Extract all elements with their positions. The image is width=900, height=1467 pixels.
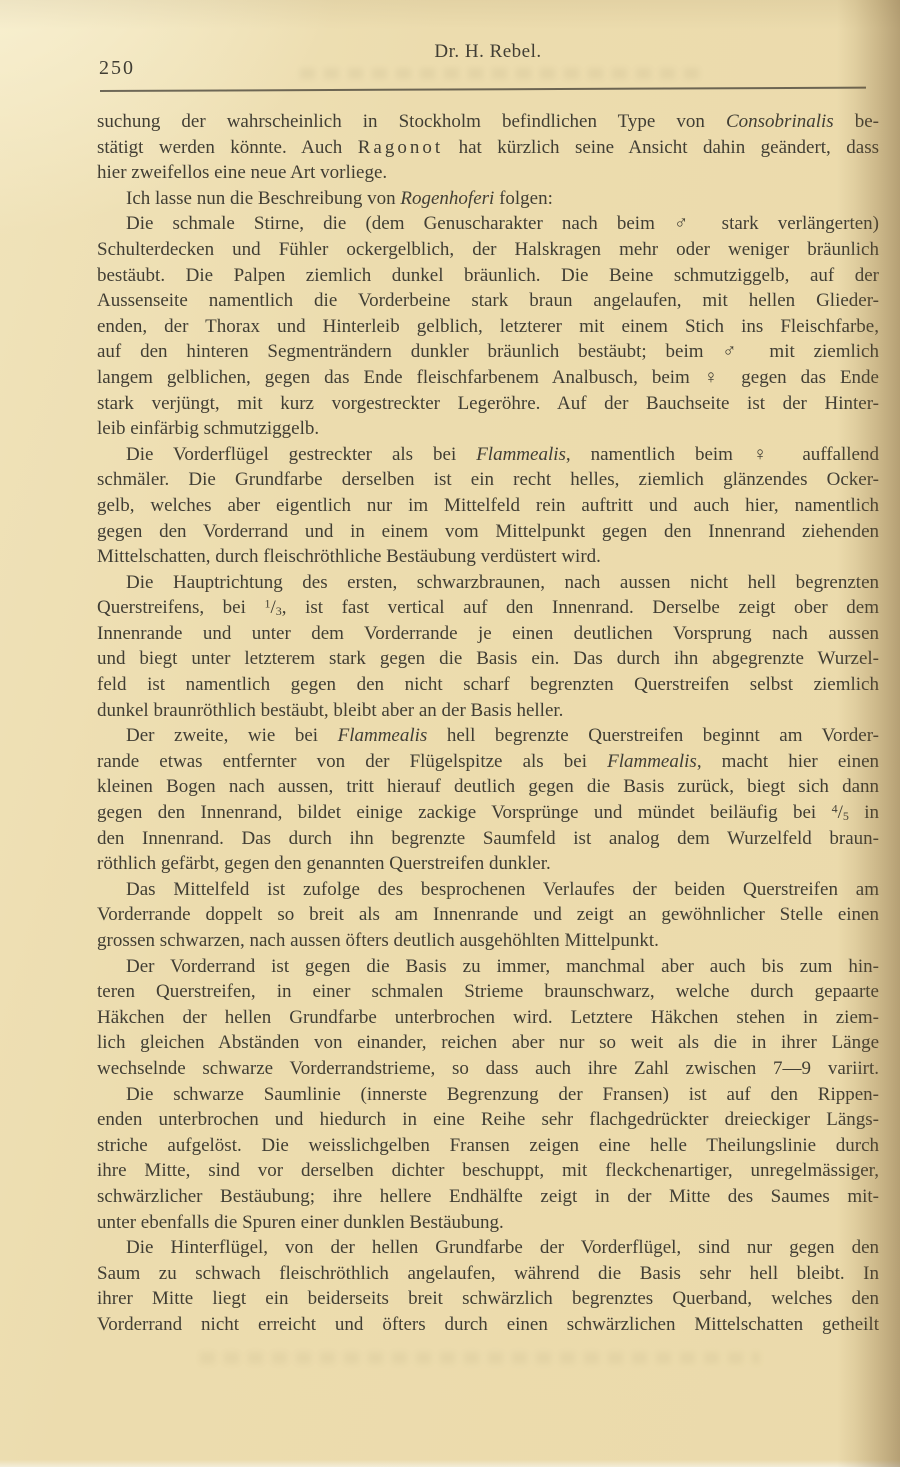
text-line: Die Hinterflügel, von der hellen Grundfa… xyxy=(97,1235,879,1261)
text-line: Aussenseite namentlich die Vorderbeine s… xyxy=(97,288,879,314)
text-line: Die schmale Stirne, die (dem Genuscharak… xyxy=(97,211,879,237)
text-line: leib einfärbig schmutziggelb. xyxy=(97,416,879,442)
page-sheet: 250 Dr. H. Rebel. suchung der wahrschein… xyxy=(0,0,900,1467)
text-line: kleinen Bogen nach aussen, tritt hierauf… xyxy=(97,774,879,800)
text-line: Querstreifens, bei 1/3, ist fast vertica… xyxy=(97,595,879,621)
text-line: hier zweifellos eine neue Art vorliege. xyxy=(97,160,879,186)
text-line: Das Mittelfeld ist zufolge des besproche… xyxy=(97,877,879,903)
text-line: unter ebenfalls die Spuren einer dunklen… xyxy=(97,1210,879,1236)
showthrough-smudge xyxy=(200,1352,760,1364)
running-title: Dr. H. Rebel. xyxy=(97,41,879,63)
text-line: ihrer Mitte liegt ein beiderseits breit … xyxy=(97,1286,879,1312)
text-line: stark verjüngt, mit kurz vorgestreckter … xyxy=(97,391,879,417)
text-line: dunkel braunröthlich bestäubt, bleibt ab… xyxy=(97,698,879,724)
showthrough-smudge xyxy=(300,68,700,79)
text-line: wechselnde schwarze Vorderrandstrieme, s… xyxy=(97,1056,879,1082)
text-line: teren Querstreifen, in einer schmalen St… xyxy=(97,979,879,1005)
text-line: Vorderrand nicht erreicht und öfters dur… xyxy=(97,1312,879,1338)
text-line: suchung der wahrscheinlich in Stockholm … xyxy=(97,109,879,135)
text-line: Der zweite, wie bei Flammealis hell begr… xyxy=(97,723,879,749)
text-line: enden unterbrochen und hiedurch in eine … xyxy=(97,1107,879,1133)
text-line: röthlich gefärbt, gegen den genannten Qu… xyxy=(97,851,879,877)
text-line: enden, der Thorax und Hinterleib gelblic… xyxy=(97,314,879,340)
text-line: Die schwarze Saumlinie (innerste Begrenz… xyxy=(97,1082,879,1108)
text-line: ihre Mitte, sind vor derselben dichter b… xyxy=(97,1158,879,1184)
text-line: gelb, welches aber eigentlich nur im Mit… xyxy=(97,493,879,519)
text-line: Vorderrande doppelt so breit als am Inne… xyxy=(97,902,879,928)
text-line: langem gelblichen, gegen das Ende fleisc… xyxy=(97,365,879,391)
text-line: Der Vorderrand ist gegen die Basis zu im… xyxy=(97,954,879,980)
text-line: und biegt unter letzterem stark gegen di… xyxy=(97,646,879,672)
text-line: rande etwas entfernter von der Flügelspi… xyxy=(97,749,879,775)
text-line: gegen den Vorderrand und in einem vom Mi… xyxy=(97,519,879,545)
text-line: feld ist namentlich gegen den nicht scha… xyxy=(97,672,879,698)
text-line: Ich lasse nun die Beschreibung von Rogen… xyxy=(97,186,879,212)
header-rule xyxy=(100,87,866,92)
text-line: striche aufgelöst. Die weisslichgelben F… xyxy=(97,1133,879,1159)
text-line: Schulterdecken und Fühler ockergelblich,… xyxy=(97,237,879,263)
text-line: Saum zu schwach fleischröthlich angelauf… xyxy=(97,1261,879,1287)
text-line: schwärzlicher Bestäubung; ihre hellere E… xyxy=(97,1184,879,1210)
text-line: bestäubt. Die Palpen ziemlich dunkel brä… xyxy=(97,263,879,289)
text-line: Mittelschatten, durch fleischröthliche B… xyxy=(97,544,879,570)
text-line: Die Hauptrichtung des ersten, schwarzbra… xyxy=(97,570,879,596)
text-line: grossen schwarzen, nach aussen öfters de… xyxy=(97,928,879,954)
text-line: Die Vorderflügel gestreckter als bei Fla… xyxy=(97,442,879,468)
text-line: lich gleichen Abständen von einander, re… xyxy=(97,1030,879,1056)
text-line: schmäler. Die Grundfarbe derselben ist e… xyxy=(97,467,879,493)
text-line: den Innenrand. Das durch ihn begrenzte S… xyxy=(97,826,879,852)
text-line: auf den hinteren Segmenträndern dunkler … xyxy=(97,339,879,365)
text-line: gegen den Innenrand, bildet einige zacki… xyxy=(97,800,879,826)
text-line: Häkchen der hellen Grundfarbe unterbroch… xyxy=(97,1005,879,1031)
body-text: suchung der wahrscheinlich in Stockholm … xyxy=(97,109,879,1338)
text-line: stätigt werden könnte. Auch Ragonot hat … xyxy=(97,135,879,161)
text-line: Innenrande und unter dem Vorderrande je … xyxy=(97,621,879,647)
